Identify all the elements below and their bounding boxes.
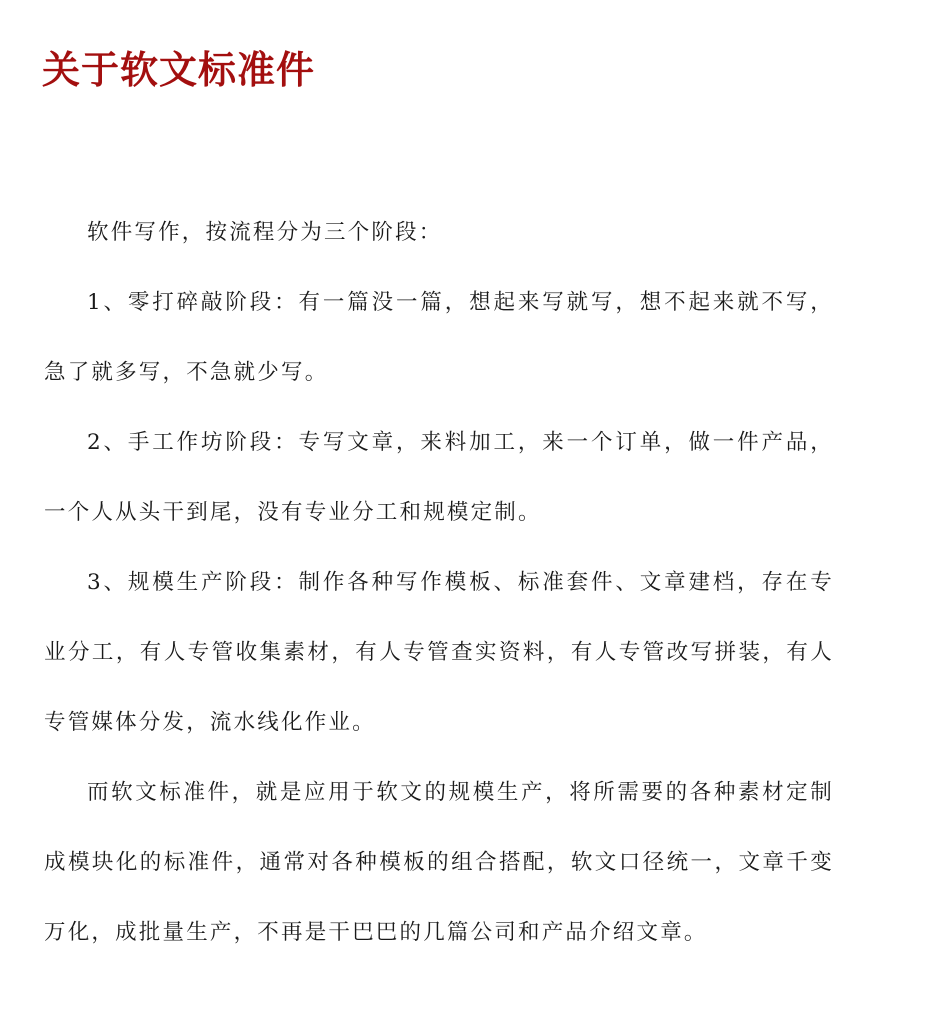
intro-paragraph: 软件写作，按流程分为三个阶段：: [44, 198, 834, 268]
document-title: 关于软文标准件: [42, 44, 315, 96]
stage-2-paragraph: 2、手工作坊阶段：专写文章，来料加工，来一个订单，做一件产品，一个人从头干到尾，…: [44, 408, 834, 548]
document-body: 软件写作，按流程分为三个阶段： 1、零打碎敲阶段：有一篇没一篇，想起来写就写，想…: [44, 198, 834, 968]
stage-3-paragraph: 3、规模生产阶段：制作各种写作模板、标准套件、文章建档，存在专业分工，有人专管收…: [44, 548, 834, 758]
conclusion-paragraph: 而软文标准件，就是应用于软文的规模生产，将所需要的各种素材定制成模块化的标准件，…: [44, 758, 834, 968]
stage-1-paragraph: 1、零打碎敲阶段：有一篇没一篇，想起来写就写，想不起来就不写，急了就多写，不急就…: [44, 268, 834, 408]
